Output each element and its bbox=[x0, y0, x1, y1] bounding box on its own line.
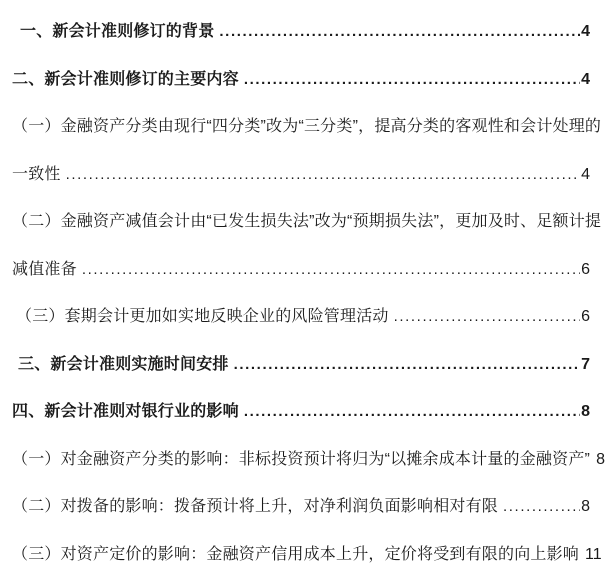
toc-entry-label-continued: 减值准备 bbox=[12, 246, 77, 294]
dot-leader bbox=[219, 8, 580, 56]
toc-entry-label: （一）对金融资产分类的影响：非标投资预计将归为“以摊余成本计量的金融资产” bbox=[12, 436, 590, 484]
page-number: 7 bbox=[581, 341, 590, 389]
dot-leader bbox=[82, 246, 580, 294]
dot-leader bbox=[244, 56, 580, 104]
dot-leader bbox=[394, 293, 580, 341]
toc-entry[interactable]: （三）对资产定价的影响：金融资产信用成本上升，定价将受到有限的向上影响 11 bbox=[12, 531, 590, 579]
toc-entry-label: 三、新会计准则实施时间安排 bbox=[18, 341, 229, 389]
toc-page: 一、新会计准则修订的背景 4 二、新会计准则修订的主要内容 4 （一）金融资产分… bbox=[0, 0, 614, 585]
toc-entry-label: （三）对资产定价的影响：金融资产信用成本上升，定价将受到有限的向上影响 bbox=[12, 531, 579, 579]
toc-entry-label-continued: 一致性 bbox=[12, 151, 61, 199]
page-number: 4 bbox=[581, 8, 590, 56]
toc-entry-label: 二、新会计准则修订的主要内容 bbox=[12, 56, 239, 104]
toc-entry[interactable]: 三、新会计准则实施时间安排 7 bbox=[12, 341, 590, 389]
page-number: 6 bbox=[581, 246, 590, 294]
toc-entry[interactable]: 二、新会计准则修订的主要内容 4 bbox=[12, 56, 590, 104]
dot-leader bbox=[234, 341, 580, 389]
dot-leader bbox=[66, 151, 580, 199]
page-number: 6 bbox=[581, 293, 590, 341]
dot-leader bbox=[503, 483, 580, 531]
toc-entry[interactable]: （一）对金融资产分类的影响：非标投资预计将归为“以摊余成本计量的金融资产” 8 bbox=[12, 436, 590, 484]
page-number: 8 bbox=[581, 483, 590, 531]
page-number: 8 bbox=[596, 436, 605, 484]
toc-entry[interactable]: 四、新会计准则对银行业的影响 8 bbox=[12, 388, 590, 436]
page-number: 4 bbox=[581, 56, 590, 104]
toc-entry-label: （二）金融资产减值会计由“已发生损失法”改为“预期损失法”，更加及时、足额计提 bbox=[12, 198, 601, 246]
toc-entry[interactable]: （二）金融资产减值会计由“已发生损失法”改为“预期损失法”，更加及时、足额计提 … bbox=[12, 198, 590, 293]
toc-entry[interactable]: （一）金融资产分类由现行“四分类”改为“三分类”，提高分类的客观性和会计处理的 … bbox=[12, 103, 590, 198]
toc-entry[interactable]: （三）套期会计更加如实地反映企业的风险管理活动 6 bbox=[12, 293, 590, 341]
toc-entry-label: （二）对拨备的影响：拨备预计将上升，对净利润负面影响相对有限 bbox=[12, 483, 498, 531]
toc-entry-label: （三）套期会计更加如实地反映企业的风险管理活动 bbox=[16, 293, 389, 341]
page-number: 8 bbox=[581, 388, 590, 436]
toc-entry-label: （一）金融资产分类由现行“四分类”改为“三分类”，提高分类的客观性和会计处理的 bbox=[12, 103, 601, 151]
page-number: 11 bbox=[585, 531, 602, 579]
toc-entry[interactable]: 一、新会计准则修订的背景 4 bbox=[12, 8, 590, 56]
toc-entry[interactable]: （二）对拨备的影响：拨备预计将上升，对净利润负面影响相对有限 8 bbox=[12, 483, 590, 531]
page-number: 4 bbox=[581, 151, 590, 199]
dot-leader bbox=[244, 388, 580, 436]
toc-entry-label: 四、新会计准则对银行业的影响 bbox=[12, 388, 239, 436]
toc-entry-label: 一、新会计准则修订的背景 bbox=[20, 8, 214, 56]
